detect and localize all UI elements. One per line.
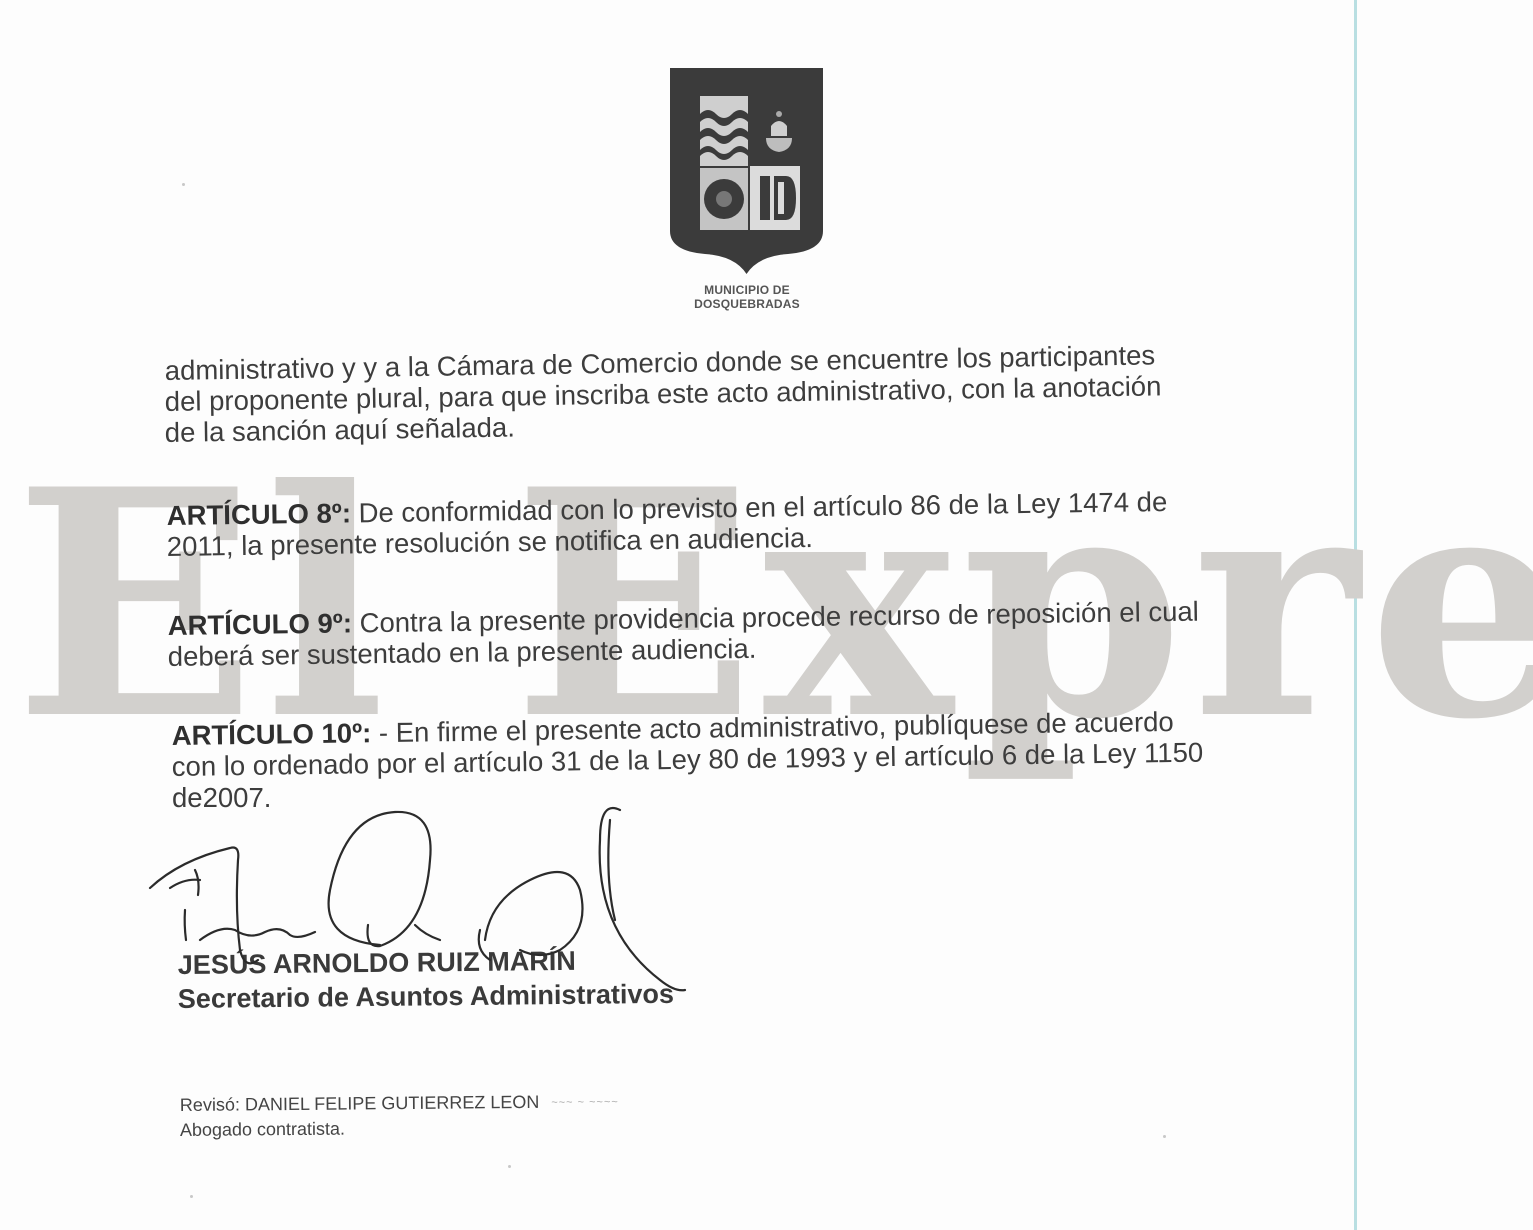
crest-caption-line1: MUNICIPIO DE bbox=[640, 283, 854, 297]
crest-caption: MUNICIPIO DE DOSQUEBRADAS bbox=[640, 283, 854, 311]
margin-line bbox=[1354, 0, 1357, 1230]
article-10-heading: ARTÍCULO 10º: bbox=[172, 717, 372, 751]
article-9-heading: ARTÍCULO 9º: bbox=[168, 607, 353, 641]
intro-paragraph: administrativo y y a la Cámara de Comerc… bbox=[165, 355, 1162, 448]
article-8-heading: ARTÍCULO 8º: bbox=[167, 497, 352, 531]
article-9: ARTÍCULO 9º: Contra la presente providen… bbox=[168, 610, 1199, 672]
handwritten-signature-icon bbox=[140, 800, 820, 1000]
document-page: MUNICIPIO DE DOSQUEBRADAS El Expreso adm… bbox=[0, 0, 1533, 1230]
reviewer-block: Revisó: DANIEL FELIPE GUTIERREZ LEON~~~ … bbox=[180, 1093, 619, 1142]
article-8: ARTÍCULO 8º: De conformidad con lo previ… bbox=[167, 500, 1168, 562]
reviewer-name: Revisó: DANIEL FELIPE GUTIERREZ LEON bbox=[180, 1092, 540, 1115]
municipal-crest-icon bbox=[668, 66, 825, 276]
crest-caption-line2: DOSQUEBRADAS bbox=[640, 297, 854, 311]
reviewer-role: Abogado contratista. bbox=[180, 1114, 619, 1142]
reviewer-initials: ~~~ ~ ~~~~ bbox=[551, 1090, 619, 1115]
